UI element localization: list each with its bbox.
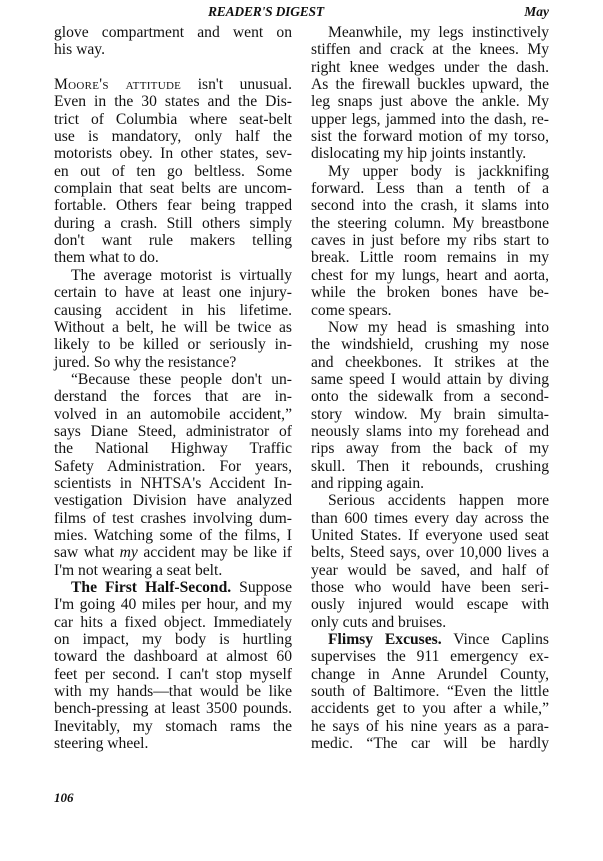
text-line: motorists obey. In other states, sev- — [54, 145, 292, 162]
text-line: year would be saved, and half of — [311, 562, 549, 579]
text-line: the National Highway Traffic — [54, 440, 292, 457]
text-line: fortable. Others fear being trapped — [54, 197, 292, 214]
text-line: trict of Columbia where seat-belt — [54, 111, 292, 128]
text-line: feet per second. I can't stop myself — [54, 666, 292, 683]
text-line: vestigation Division have analyzed — [54, 492, 292, 509]
text-line: Moore's attitude isn't unusual. — [54, 76, 292, 93]
text-line: complain that seat belts are uncom- — [54, 180, 292, 197]
text-line: change in Anne Arundel County, — [311, 666, 549, 683]
text-line: causing accident in his lifetime. — [54, 302, 292, 319]
text-line: dislocating my hip joints instantly. — [311, 145, 549, 162]
text-line: come spears. — [311, 302, 549, 319]
text-line: skull. Then it rebounds, crushing — [311, 458, 549, 475]
section-break — [54, 59, 292, 76]
text-line: medic. “The car will be hardly — [311, 735, 549, 752]
text-line: than 600 times every day across the — [311, 510, 549, 527]
text-line: the windshield, crushing my nose — [311, 336, 549, 353]
text-line: don't want rule makers telling — [54, 232, 292, 249]
text-line: his way. — [54, 41, 292, 58]
text-line: Even in the 30 states and the Dis- — [54, 93, 292, 110]
text-line: use is mandatory, only half the — [54, 128, 292, 145]
text-line: “Because these people don't un- — [54, 371, 292, 388]
text-line: says Diane Steed, administrator of — [54, 423, 292, 440]
text-line: chest for my lungs, heart and aorta, — [311, 267, 549, 284]
text-line: and cheekbones. It strikes at the — [311, 354, 549, 371]
text-line: scientists in NHTSA's Accident In- — [54, 475, 292, 492]
text-line: car hits a fixed object. Immediately — [54, 614, 292, 631]
text-line: those who would have been seri- — [311, 579, 549, 596]
text-line: upper legs, jammed into the dash, re- — [311, 111, 549, 128]
text-line: likely to be killed or seriously in- — [54, 336, 292, 353]
text-line: and ripping again. — [311, 475, 549, 492]
text-line: them what to do. — [54, 249, 292, 266]
text-line: mies. Watching some of the films, I — [54, 527, 292, 544]
text-line: My upper body is jackknifing — [311, 163, 549, 180]
text-line: second into the crash, it slams into — [311, 197, 549, 214]
text-line: the steering column. My breastbone — [311, 215, 549, 232]
text-line: supervises the 911 emergency ex- — [311, 648, 549, 665]
text-line: I'm going 40 miles per hour, and my — [54, 596, 292, 613]
text-line: accidents get to you after a while,” — [311, 700, 549, 717]
text-line: glove compartment and went on — [54, 24, 292, 41]
text-line: story window. My brain simulta- — [311, 406, 549, 423]
text-line: jured. So why the resistance? — [54, 354, 292, 371]
text-line: en out of ten go beltless. Some — [54, 163, 292, 180]
text-line: Serious accidents happen more — [311, 492, 549, 509]
text-line: leg snaps just above the ankle. My — [311, 93, 549, 110]
text-line: with my hands—that would be like — [54, 683, 292, 700]
text-line: he says of his nine years as a para- — [311, 718, 549, 735]
text-line: Meanwhile, my legs instinctively — [311, 24, 549, 41]
publication-title: READER'S DIGEST — [208, 4, 324, 20]
smallcaps-lead-in: Moore's attitude — [54, 76, 181, 93]
left-column: glove compartment and went on his way. M… — [54, 24, 292, 752]
text-line: right knee wedges under the dash. — [311, 59, 549, 76]
text-line: bench-pressing at least 3500 pounds. — [54, 700, 292, 717]
text-line: Inevitably, my stomach rams the — [54, 718, 292, 735]
text-line: only cuts and bruises. — [311, 614, 549, 631]
text-line: certain to have at least one injury- — [54, 284, 292, 301]
page-number: 106 — [54, 790, 74, 806]
text-line: saw what my accident may be like if — [54, 544, 292, 561]
text-line: during a crash. Still others simply — [54, 215, 292, 232]
issue-month: May — [524, 4, 549, 20]
subhead-first-half-second: The First Half-Second. — [71, 579, 231, 596]
text-line: I'm not wearing a seat belt. — [54, 562, 292, 579]
text-line: same speed I would attain by diving — [311, 371, 549, 388]
text-line: films of test crashes involving dum- — [54, 510, 292, 527]
text-line: The First Half-Second. Suppose — [54, 579, 292, 596]
text-line: on impact, my body is hurtling — [54, 631, 292, 648]
text-line: derstand the forces that are in- — [54, 388, 292, 405]
text-line: rips away from the back of my — [311, 440, 549, 457]
text-line: sist the forward motion of my torso, — [311, 128, 549, 145]
text-line: caves in just before my ribs start to — [311, 232, 549, 249]
text-line: volved in an automobile accident,” — [54, 406, 292, 423]
text-line: The average motorist is virtually — [54, 267, 292, 284]
text-line: Flimsy Excuses. Vince Caplins — [311, 631, 549, 648]
subhead-flimsy-excuses: Flimsy Excuses. — [328, 631, 442, 648]
text-line: United States. If everyone used seat — [311, 527, 549, 544]
text-line: As the firewall buckles upward, the — [311, 76, 549, 93]
right-column: Meanwhile, my legs instinctively stiffen… — [311, 24, 549, 752]
text-line: neously slams into my forehead and — [311, 423, 549, 440]
magazine-page: READER'S DIGEST May glove compartment an… — [0, 0, 603, 861]
text-line: Without a belt, he will be twice as — [54, 319, 292, 336]
text-line: Now my head is smashing into — [311, 319, 549, 336]
text-line: ously injured would escape with — [311, 596, 549, 613]
text-line: forward. Less than a tenth of a — [311, 180, 549, 197]
text-line: while the broken bones have be- — [311, 284, 549, 301]
text-line: break. Little room remains in my — [311, 249, 549, 266]
running-head: READER'S DIGEST May — [0, 3, 603, 23]
text-line: stiffen and crack at the knees. My — [311, 41, 549, 58]
text-line: steering wheel. — [54, 735, 292, 752]
text-line: toward the dashboard at almost 60 — [54, 648, 292, 665]
text-line: Safety Administration. For years, — [54, 458, 292, 475]
text-line: belts, Steed says, over 10,000 lives a — [311, 544, 549, 561]
emphasis-word: my — [120, 544, 138, 561]
text-line: south of Baltimore. “Even the little — [311, 683, 549, 700]
text-line: onto the sidewalk from a second- — [311, 388, 549, 405]
